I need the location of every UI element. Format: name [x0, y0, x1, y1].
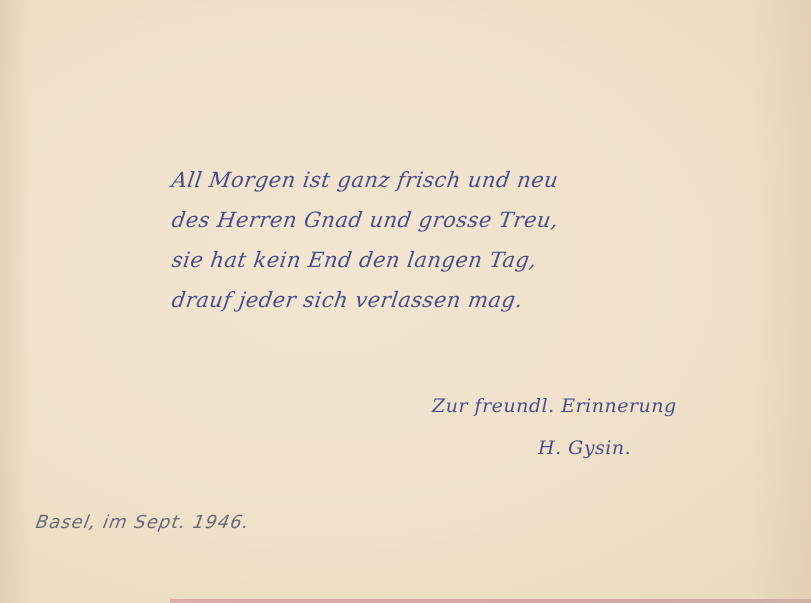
signature: H. Gysin. [538, 437, 631, 459]
poem: All Morgen ist ganz frisch und neu des H… [172, 160, 558, 320]
page-bottom-edge [170, 599, 811, 603]
poem-line-2: des Herren Gnad und grosse Treu, [169, 200, 561, 240]
place-date: Basel, im Sept. 1946. [34, 512, 251, 533]
poem-line-3: sie hat kein End den langen Tag, [169, 240, 561, 280]
album-page: All Morgen ist ganz frisch und neu des H… [0, 0, 811, 603]
poem-line-4: drauf jeder sich verlassen mag. [169, 280, 561, 320]
dedication: Zur freundl. Erinnerung [432, 395, 677, 417]
poem-line-1: All Morgen ist ganz frisch und neu [169, 160, 561, 200]
